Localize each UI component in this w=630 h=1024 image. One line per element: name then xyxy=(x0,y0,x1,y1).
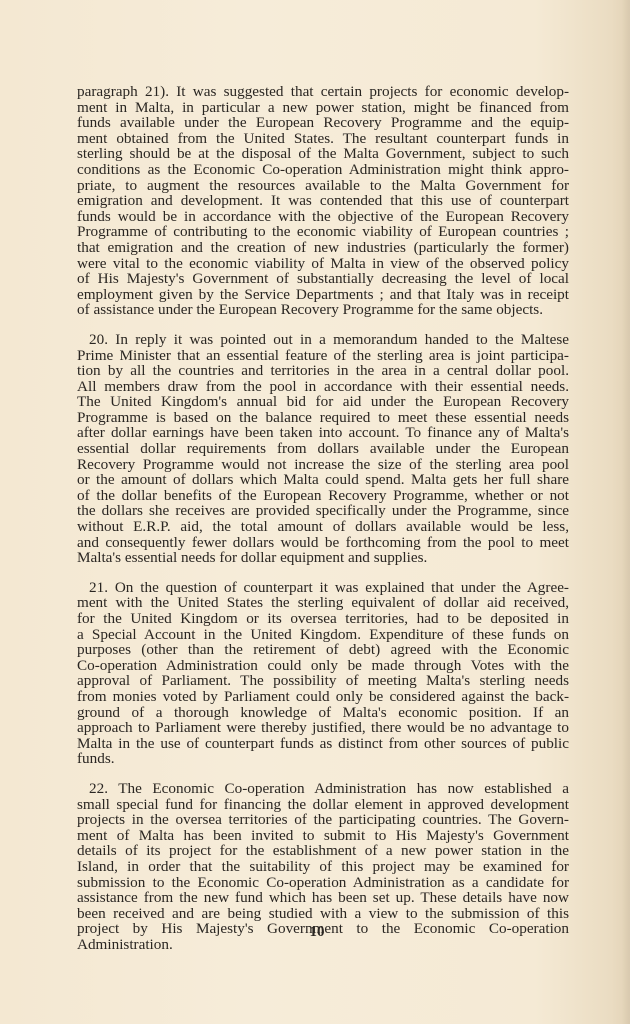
paragraph-20: 20. In reply it was pointed out in a mem… xyxy=(77,332,569,566)
text-line: 22. The Economic Co-operation Administra… xyxy=(77,781,569,797)
text-line: priate, to augment the resources availab… xyxy=(77,178,569,194)
text-line: funds would be in accordance with the ob… xyxy=(77,209,569,225)
text-line: Recovery Programme would not increase th… xyxy=(77,457,569,473)
text-line: for the United Kingdom or its oversea te… xyxy=(77,611,569,627)
text-line: essential dollar requirements from dolla… xyxy=(77,441,569,457)
text-line: and consequently fewer dollars would be … xyxy=(77,535,569,551)
text-line: funds available under the European Recov… xyxy=(77,115,569,131)
text-line: were vital to the economic viability of … xyxy=(77,256,569,272)
text-line: The United Kingdom's annual bid for aid … xyxy=(77,394,569,410)
text-line: a Special Account in the United Kingdom.… xyxy=(77,627,569,643)
text-line: Prime Minister that an essential feature… xyxy=(77,348,569,364)
text-line: Programme is based on the balance requir… xyxy=(77,410,569,426)
text-line: employment given by the Service Departme… xyxy=(77,287,569,303)
text-line: submission to the Economic Co-operation … xyxy=(77,875,569,891)
text-line: Island, in order that the suitability of… xyxy=(77,859,569,875)
text-line: projects in the oversea territories of t… xyxy=(77,812,569,828)
page-edge-shadow xyxy=(622,0,630,1024)
text-line: sterling should be at the disposal of th… xyxy=(77,146,569,162)
text-line: conditions as the Economic Co-operation … xyxy=(77,162,569,178)
text-line: Malta in the use of counterpart funds as… xyxy=(77,736,569,752)
text-line: 20. In reply it was pointed out in a mem… xyxy=(77,332,569,348)
text-line: emigration and development. It was conte… xyxy=(77,193,569,209)
text-line: Malta's essential needs for dollar equip… xyxy=(77,550,569,566)
text-line: small special fund for financing the dol… xyxy=(77,797,569,813)
text-line: ment in Malta, in particular a new power… xyxy=(77,100,569,116)
text-line: of assistance under the European Recover… xyxy=(77,302,569,318)
text-line: Co-operation Administration could only b… xyxy=(77,658,569,674)
text-line: purposes (other than the retirement of d… xyxy=(77,642,569,658)
paragraph-gap xyxy=(77,767,569,781)
text-line: All members draw from the pool in accord… xyxy=(77,379,569,395)
document-page: paragraph 21). It was suggested that cer… xyxy=(0,0,630,1024)
page-number: 10 xyxy=(0,924,630,941)
text-line: of His Majesty's Government of substanti… xyxy=(77,271,569,287)
text-line: assistance from the new fund which has b… xyxy=(77,890,569,906)
paragraph-gap xyxy=(77,566,569,580)
text-line: after dollar earnings have been taken in… xyxy=(77,425,569,441)
text-line: Programme of contributing to the economi… xyxy=(77,224,569,240)
paragraph-continued: paragraph 21). It was suggested that cer… xyxy=(77,84,569,318)
text-line: ground of a thorough knowledge of Malta'… xyxy=(77,705,569,721)
text-line: funds. xyxy=(77,751,569,767)
text-line: ment with the United States the sterling… xyxy=(77,595,569,611)
text-line: approach to Parliament were thereby just… xyxy=(77,720,569,736)
text-line: of the dollar benefits of the European R… xyxy=(77,488,569,504)
text-line: ment obtained from the United States. Th… xyxy=(77,131,569,147)
text-line: from monies voted by Parliament could on… xyxy=(77,689,569,705)
paragraph-21: 21. On the question of counterpart it wa… xyxy=(77,580,569,767)
text-line: approval of Parliament. The possibility … xyxy=(77,673,569,689)
text-line: the dollars she receives are provided sp… xyxy=(77,503,569,519)
text-line: paragraph 21). It was suggested that cer… xyxy=(77,84,569,100)
text-line: without E.R.P. aid, the total amount of … xyxy=(77,519,569,535)
text-line: ment of Malta has been invited to submit… xyxy=(77,828,569,844)
text-line: been received and are being studied with… xyxy=(77,906,569,922)
paragraph-gap xyxy=(77,318,569,332)
text-line: that emigration and the creation of new … xyxy=(77,240,569,256)
text-line: or the amount of dollars which Malta cou… xyxy=(77,472,569,488)
document-body: paragraph 21). It was suggested that cer… xyxy=(77,84,569,952)
text-line: 21. On the question of counterpart it wa… xyxy=(77,580,569,596)
text-line: tion by all the countries and territorie… xyxy=(77,363,569,379)
text-line: details of its project for the establish… xyxy=(77,843,569,859)
